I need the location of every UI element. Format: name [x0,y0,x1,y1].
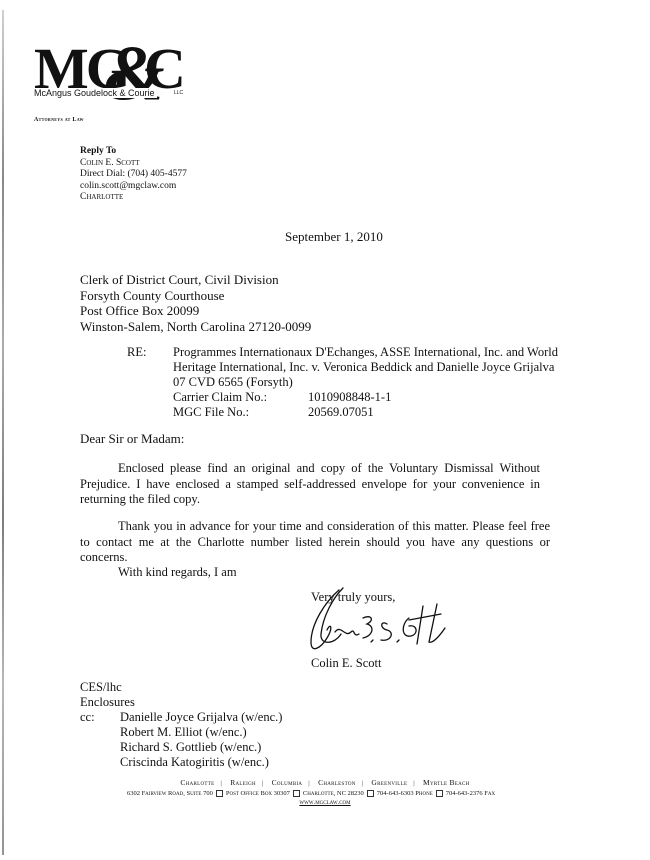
recipient-line: Post Office Box 20099 [80,303,311,319]
reply-to-block: Reply To Colin E. Scott Direct Dial: (70… [80,146,187,204]
cc-recipient: Richard S. Gottlieb (w/enc.) [120,740,282,755]
body-paragraph-2: Thank you in advance for your time and c… [80,519,550,566]
address-part: Post Office Box 30307 [226,790,290,797]
paragraph-text: Thank you in advance for your time and c… [80,519,550,564]
re-case-number: 07 CVD 6565 (Forsyth) [173,375,573,390]
re-field-row: Carrier Claim No.: 1010908848-1-1 [173,390,573,405]
separator-icon: | [413,780,415,789]
re-field-key: MGC File No.: [173,405,308,420]
re-case-line: Programmes Internationaux D'Echanges, AS… [173,345,573,360]
signatory-name: Colin E. Scott [311,656,382,671]
office-city: Columbia [272,778,303,787]
address-part: 704-643-6303 Phone [377,790,433,797]
box-bullet-icon [436,790,443,797]
typist-initials: CES/lhc [80,680,135,695]
office-city: Charleston [318,778,356,787]
re-case-line: Heritage International, Inc. v. Veronica… [173,360,573,375]
cc-list: Danielle Joyce Grijalva (w/enc.) Robert … [120,710,282,770]
salutation: Dear Sir or Madam: [80,431,184,447]
enclosures-notation: Enclosures [80,695,135,710]
footer-address: 6302 Fairview Road, Suite 700Post Office… [0,789,650,798]
recipient-line: Forsyth County Courthouse [80,288,311,304]
typist-initials-block: CES/lhc Enclosures [80,680,135,710]
re-field-value: 20569.07051 [308,405,374,420]
firm-name: McAngus Goudelock & Courie [34,88,157,98]
cc-recipient: Danielle Joyce Grijalva (w/enc.) [120,710,282,725]
closing-line: With kind regards, I am [118,565,237,580]
reply-to-email: colin.scott@mgclaw.com [80,181,187,193]
office-city: Myrtle Beach [423,778,470,787]
address-part: 6302 Fairview Road, Suite 700 [127,790,213,797]
office-city: Raleigh [230,778,256,787]
box-bullet-icon [216,790,223,797]
recipient-line: Winston-Salem, North Carolina 27120-0099 [80,319,311,335]
firm-tagline: Attorneys at Law [34,117,84,123]
re-field-key: Carrier Claim No.: [173,390,308,405]
recipient-line: Clerk of District Court, Civil Division [80,272,311,288]
separator-icon: | [220,780,222,789]
box-bullet-icon [367,790,374,797]
reply-to-direct-dial: Direct Dial: (704) 405-4577 [80,169,187,181]
paragraph-text: Enclosed please find an original and cop… [80,461,540,506]
reply-to-heading: Reply To [80,146,187,158]
re-details: Programmes Internationaux D'Echanges, AS… [173,345,573,420]
firm-suffix: LLC [174,90,183,96]
re-field-value: 1010908848-1-1 [308,390,391,405]
re-label: RE: [127,345,146,360]
re-field-row: MGC File No.: 20569.07051 [173,405,573,420]
website-link[interactable]: www.mgclaw.com [0,798,650,807]
separator-icon: | [362,780,364,789]
cc-label: cc: [80,710,95,725]
reply-to-name: Colin E. Scott [80,158,187,170]
recipient-address: Clerk of District Court, Civil Division … [80,272,311,334]
body-paragraph-1: Enclosed please find an original and cop… [80,461,540,508]
letter-date: September 1, 2010 [285,229,383,245]
cc-recipient: Criscinda Katogiritis (w/enc.) [120,755,282,770]
signature-block: Very truly yours, Colin E. Scott [311,590,511,680]
reply-to-office: Charlotte [80,192,187,204]
separator-icon: | [262,780,264,789]
cc-recipient: Robert M. Elliot (w/enc.) [120,725,282,740]
separator-icon: | [308,780,310,789]
address-part: 704-643-2376 Fax [446,790,495,797]
scan-edge-artifact [2,10,4,855]
office-city: Greenville [371,778,407,787]
firm-logo: MG & C McAngus Goudelock & Courie LLC [34,40,184,110]
office-city: Charlotte [180,778,214,787]
office-cities: Charlotte| Raleigh| Columbia| Charleston… [0,778,650,789]
box-bullet-icon [293,790,300,797]
handwritten-signature-icon [305,584,465,664]
address-part: Charlotte, NC 28230 [303,790,364,797]
letterhead-footer: Charlotte| Raleigh| Columbia| Charleston… [0,778,650,807]
